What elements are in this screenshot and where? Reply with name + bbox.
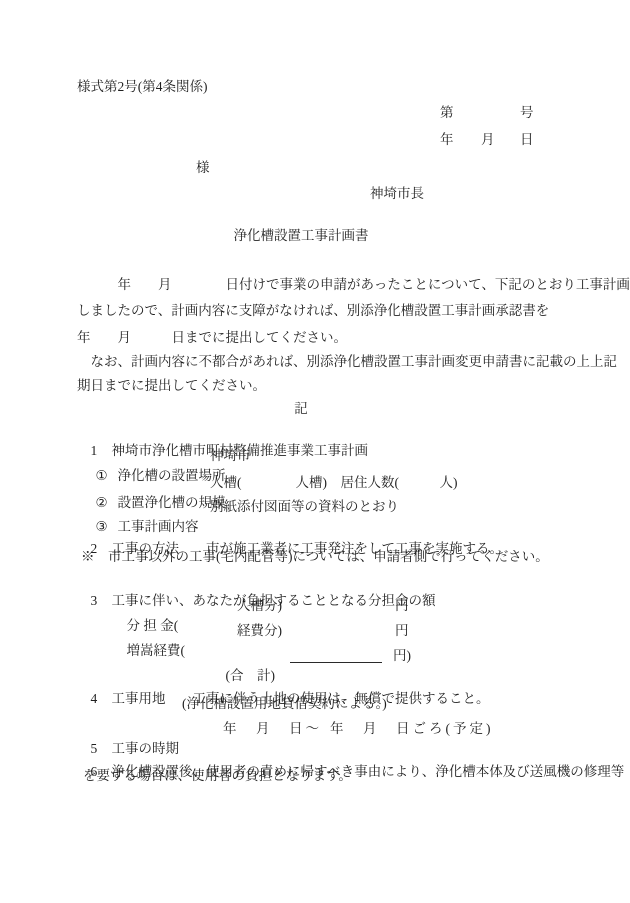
item-4-sub-note: (浄化槽設置用地貸借契約による。) bbox=[182, 694, 387, 714]
preamble-line-2: しましたので、計画内容に支障がなければ、別添浄化槽設置工事計画承認書を bbox=[77, 301, 549, 321]
item-1-sub-1: ①浄化槽の設置場所 神埼市 bbox=[82, 446, 226, 466]
preamble-line-5: 期日までに提出してください。 bbox=[77, 376, 266, 396]
item-4-number: 4 bbox=[91, 689, 112, 709]
date-day-label: 日 bbox=[520, 130, 534, 150]
fee-1-currency: 円 bbox=[395, 596, 409, 616]
fee-2-currency: 円 bbox=[395, 621, 409, 641]
item-6-line-2: を要する場合は、使用者の負担となります。 bbox=[83, 766, 352, 786]
item-1-heading: 1神埼市浄化槽市町村整備推進事業工事計画 bbox=[77, 421, 368, 441]
total-amount-blank bbox=[290, 662, 382, 663]
document-page: 様式第2号(第4条関係) 第 号 年 月 日 様 神埼市長 浄化槽設置工事計画書… bbox=[0, 0, 630, 903]
date-year-label: 年 bbox=[440, 130, 454, 150]
fee-row-extra-cost: 増嵩経費( 経費分) 円 bbox=[113, 621, 185, 641]
item-5-heading: 5工事の時期 年 月 日～ 年 月 日ごろ(予定) bbox=[77, 719, 179, 739]
preamble-line-3: 年 月 日までに提出してください。 bbox=[77, 328, 347, 348]
item-5-period-to: 年 月 日ごろ(予定) bbox=[330, 719, 494, 739]
fee-row-contribution: 分 担 金( 人槽分) 円 bbox=[113, 596, 178, 616]
document-title: 浄化槽設置工事計画書 bbox=[0, 226, 602, 246]
document-date-line: 年 月 日 bbox=[0, 130, 14, 150]
item-3-number: 3 bbox=[91, 591, 112, 611]
item-1-sub-1-value: 神埼市 bbox=[210, 446, 251, 466]
item-4-heading: 4工事用地 工事に伴う土地の使用は、無償で提供すること。 bbox=[77, 669, 490, 689]
item-1-sub-3-value: 別紙添付図面等の資料のとおり bbox=[210, 497, 399, 517]
document-number-line: 第 号 bbox=[0, 103, 14, 123]
preamble-line-1: 年 月 日付けで事業の申請があったことについて、下記のとおり工事計画を bbox=[77, 275, 630, 295]
item-1-sub-2-value: 人槽( 人槽) 居住人数( 人) bbox=[210, 473, 457, 493]
preamble-line-4: なお、計画内容に不都合があれば、別添浄化槽設置工事計画変更申請書に記載の上上記 bbox=[77, 352, 617, 372]
sender-name: 神埼市長 bbox=[370, 184, 424, 204]
record-marker: 記 bbox=[0, 399, 602, 419]
addressee-suffix: 様 bbox=[196, 158, 210, 178]
document-number-prefix: 第 bbox=[440, 103, 454, 123]
document-number-suffix: 号 bbox=[520, 103, 534, 123]
item-6-line-1: 6浄化槽設置後、使用者の責めに帰すべき事由により、浄化槽本体及び送風機の修理等 bbox=[77, 742, 624, 762]
item-3-heading: 3工事に伴い、あなたが負担することとなる分担金の額 bbox=[77, 571, 436, 591]
item-1-sub-2: ②設置浄化槽の規模 人槽( 人槽) 居住人数( 人) bbox=[82, 473, 226, 493]
fee-total-currency: 円) bbox=[393, 646, 411, 666]
form-number: 様式第2号(第4条関係) bbox=[77, 77, 208, 97]
date-month-label: 月 bbox=[481, 130, 495, 150]
fee-2-label: 増嵩経費( bbox=[127, 643, 186, 658]
item-2-heading: 2工事の方法 市が施工業者に工事発注をして工事を実施する。 bbox=[77, 519, 503, 539]
item-2-note: ※ 市工事以外の工事(宅内配管等)については、申請者側で行ってください。 bbox=[81, 547, 549, 567]
fee-2-unit: 経費分) bbox=[237, 621, 282, 641]
item-5-period-from: 年 月 日～ bbox=[223, 719, 322, 739]
fee-row-total: (合 計) 円) bbox=[212, 646, 275, 666]
fee-1-unit: 人槽分) bbox=[237, 596, 282, 616]
item-1-sub-3: ③工事計画内容 別紙添付図面等の資料のとおり bbox=[82, 497, 199, 517]
